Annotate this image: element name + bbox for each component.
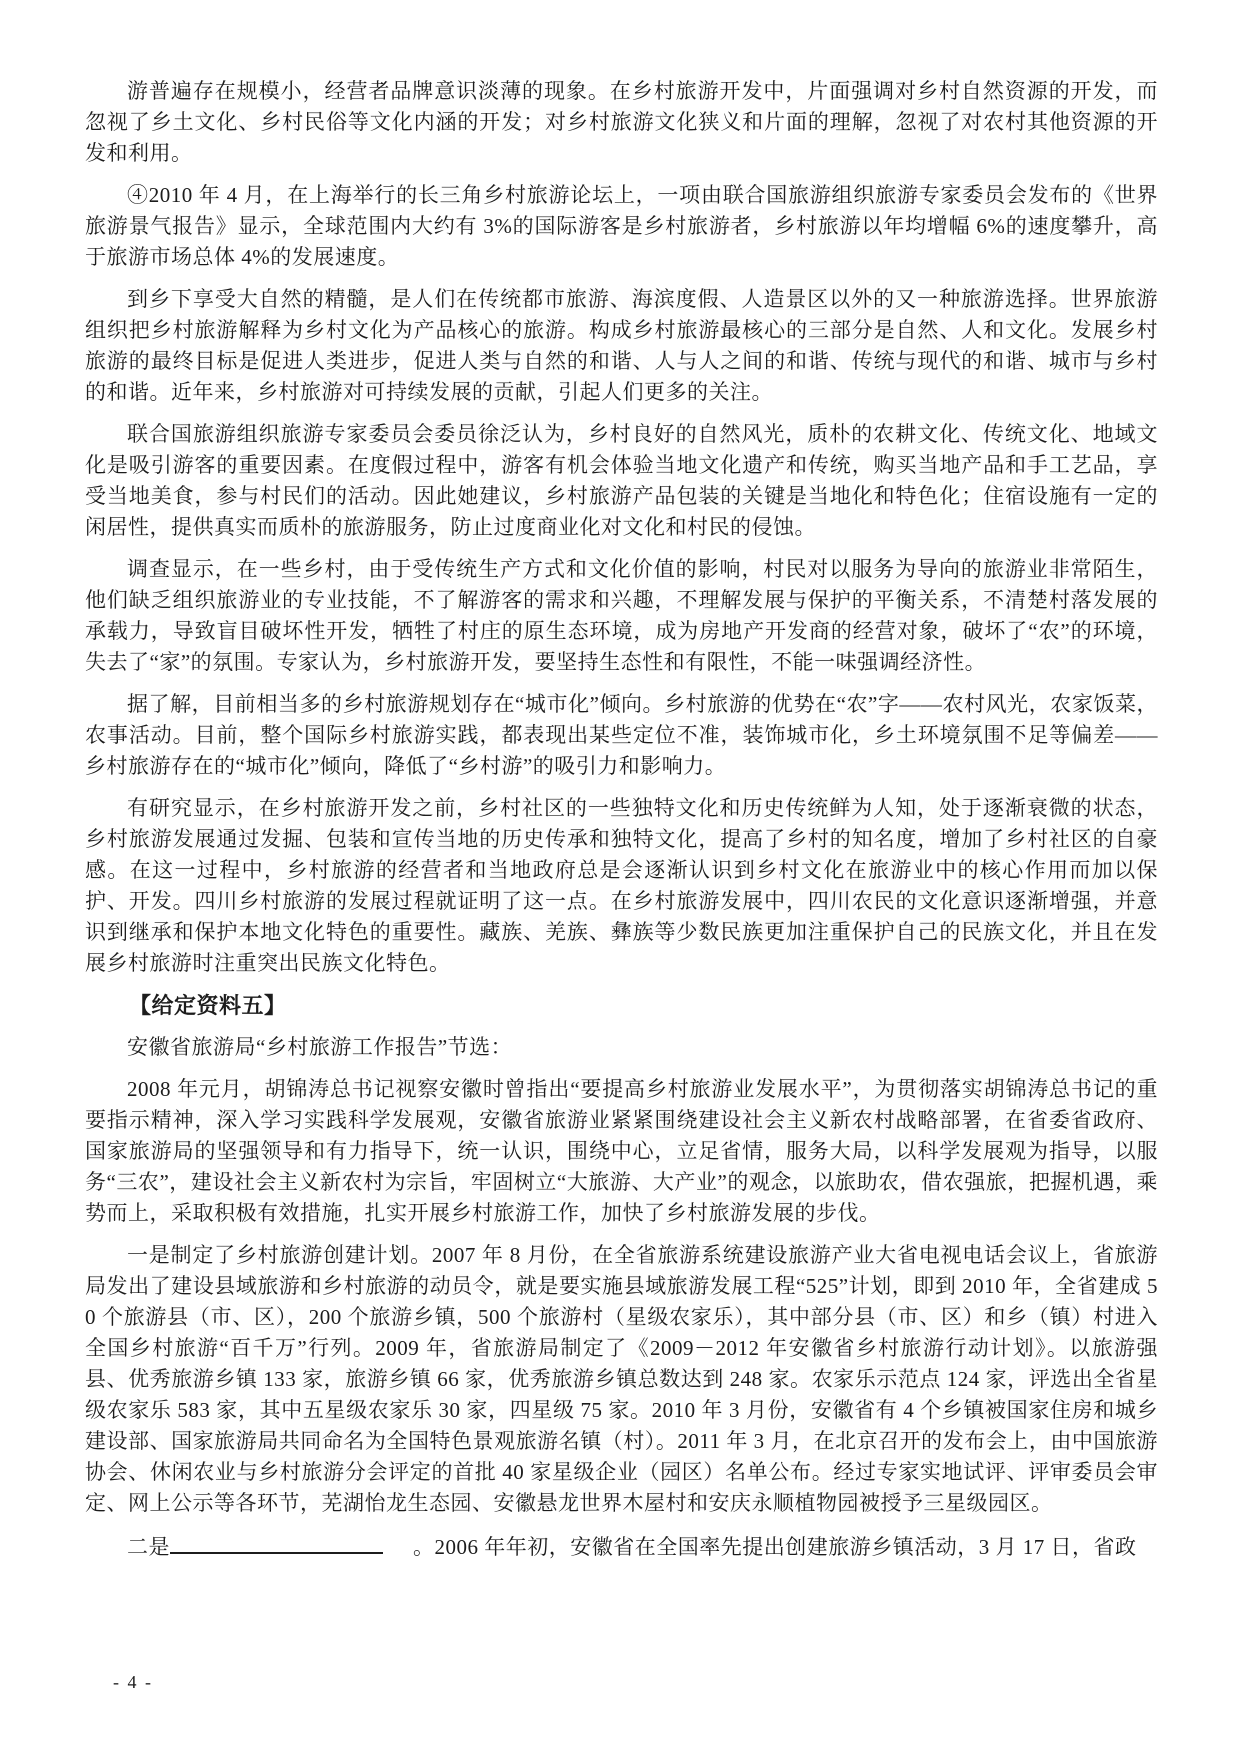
body-paragraph: 调查显示，在一些乡村，由于受传统生产方式和文化价值的影响，村民对以服务为导向的旅… [85, 554, 1158, 678]
document-body: 游普遍存在规模小，经营者品牌意识淡薄的现象。在乡村旅游开发中，片面强调对乡村自然… [85, 76, 1158, 1574]
fill-in-blank-line [170, 1530, 383, 1554]
section-heading: 【给定资料五】 [85, 990, 1158, 1021]
section-intro: 安徽省旅游局“乡村旅游工作报告”节选： [85, 1032, 1158, 1063]
fill-blank-suffix: 。2006 年年初，安徽省在全国率先提出创建旅游乡镇活动，3 月 17 日，省政 [413, 1535, 1137, 1559]
body-paragraph: 到乡下享受大自然的精髓，是人们在传统都市旅游、海滨度假、人造景区以外的又一种旅游… [85, 284, 1158, 408]
fill-blank-prefix: 二是 [127, 1535, 170, 1559]
body-paragraph: 据了解，目前相当多的乡村旅游规划存在“城市化”倾向。乡村旅游的优势在“农”字——… [85, 689, 1158, 782]
body-paragraph: 联合国旅游组织旅游专家委员会委员徐泛认为，乡村良好的自然风光，质朴的农耕文化、传… [85, 419, 1158, 543]
document-page: 游普遍存在规模小，经营者品牌意识淡薄的现象。在乡村旅游开发中，片面强调对乡村自然… [0, 0, 1241, 1754]
body-paragraph: 一是制定了乡村旅游创建计划。2007 年 8 月份，在全省旅游系统建设旅游产业大… [85, 1240, 1158, 1519]
body-paragraph: 2008 年元月，胡锦涛总书记视察安徽时曾指出“要提高乡村旅游业发展水平”，为贯… [85, 1074, 1158, 1229]
fill-blank-paragraph: 二是。2006 年年初，安徽省在全国率先提出创建旅游乡镇活动，3 月 17 日，… [85, 1530, 1158, 1563]
body-paragraph: ④2010 年 4 月，在上海举行的长三角乡村旅游论坛上，一项由联合国旅游组织旅… [85, 180, 1158, 273]
body-paragraph: 游普遍存在规模小，经营者品牌意识淡薄的现象。在乡村旅游开发中，片面强调对乡村自然… [85, 76, 1158, 169]
body-paragraph: 有研究显示，在乡村旅游开发之前，乡村社区的一些独特文化和历史传统鲜为人知，处于逐… [85, 793, 1158, 979]
page-number: - 4 - [113, 1672, 153, 1693]
